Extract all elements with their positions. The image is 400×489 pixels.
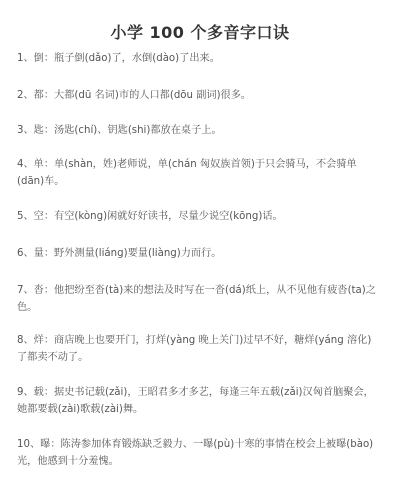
list-item: 7、沓：他把纷至沓(tà)来的想法及时写在一沓(dá)纸上，从不见他有疲沓(ta… (17, 282, 377, 316)
list-item: 1、倒：瓶子倒(dǎo)了，水倒(dào)了出来。 (17, 50, 377, 67)
list-item: 5、空：有空(kòng)闲就好好读书，尽量少说空(kōng)话。 (17, 208, 377, 225)
list-item: 10、曝：陈涛参加体育锻炼缺乏毅力、一曝(pù)十寒的事情在校会上被曝(bào)… (17, 436, 377, 470)
list-item: 4、单：单(shàn，姓)老师说，单(chán 匈奴族首领)于只会骑马，不会骑单… (17, 156, 377, 190)
list-item: 2、都：大都(dū 名词)市的人口都(dōu 副词)很多。 (17, 87, 377, 104)
list-item: 3、匙：汤匙(chí)、钥匙(shi)都放在桌子上。 (17, 122, 377, 139)
list-item: 9、载：据史书记载(zǎi)，王昭君多才多艺，每逢三年五载(zǎi)汉匈首脑聚会… (17, 384, 377, 418)
list-item: 6、量：野外测量(liáng)要量(liàng)力而行。 (17, 245, 377, 262)
list-item: 8、烊：商店晚上也要开门，打烊(yàng 晚上关门)过早不好，糖烊(yáng 溶… (17, 332, 377, 366)
page-title: 小学 100 个多音字口诀 (0, 20, 400, 43)
